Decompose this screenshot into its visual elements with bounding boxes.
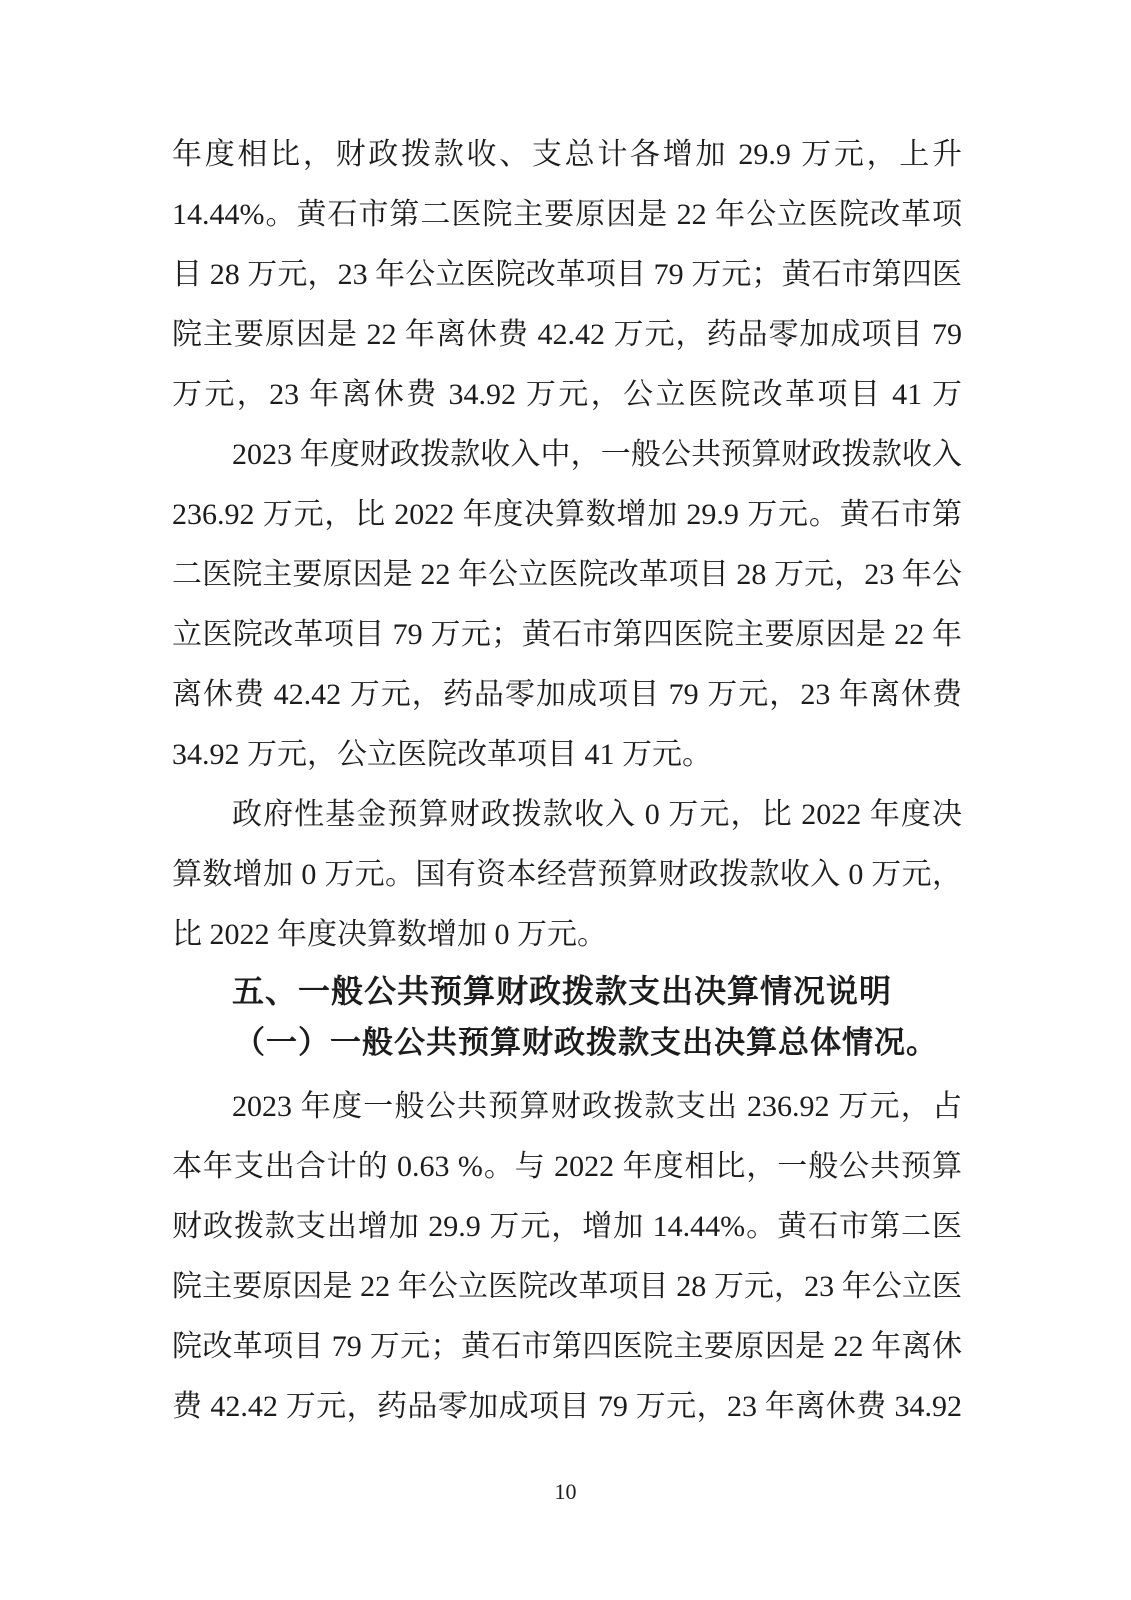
subsection-heading: （一）一般公共预算财政拨款支出决算总体情况。: [172, 1017, 962, 1069]
text-line: 院主要原因是 22 年离休费 42.42 万元，药品零加成项目 79: [172, 305, 962, 365]
text-line: 2023 年度财政拨款收入中，一般公共预算财政拨款收入: [172, 425, 962, 485]
text-line: 政府性基金预算财政拨款收入 0 万元，比 2022 年度决: [172, 785, 962, 845]
text-line: 费 42.42 万元，药品零加成项目 79 万元，23 年离休费 34.92: [172, 1377, 962, 1437]
document-page: 年度相比，财政拨款收、支总计各增加 29.9 万元，上升 14.44%。黄石市第…: [0, 0, 1131, 1600]
paragraph-public-budget-expenditure: 2023 年度一般公共预算财政拨款支出 236.92 万元，占 本年支出合计的 …: [172, 1077, 962, 1437]
text-line: 2023 年度一般公共预算财政拨款支出 236.92 万元，占: [172, 1077, 962, 1137]
paragraph-fiscal-appropriation-summary: 年度相比，财政拨款收、支总计各增加 29.9 万元，上升 14.44%。黄石市第…: [172, 125, 962, 425]
text-line: 立医院改革项目 79 万元；黄石市第四医院主要原因是 22 年: [172, 605, 962, 665]
document-body: 年度相比，财政拨款收、支总计各增加 29.9 万元，上升 14.44%。黄石市第…: [172, 125, 962, 1437]
text-line: 236.92 万元，比 2022 年度决算数增加 29.9 万元。黄石市第: [172, 485, 962, 545]
paragraph-fiscal-income-2023: 2023 年度财政拨款收入中，一般公共预算财政拨款收入 236.92 万元，比 …: [172, 425, 962, 785]
text-line: 离休费 42.42 万元，药品零加成项目 79 万元，23 年离休费: [172, 665, 962, 725]
paragraph-government-fund-budget: 政府性基金预算财政拨款收入 0 万元，比 2022 年度决 算数增加 0 万元。…: [172, 785, 962, 965]
section-heading: 五、一般公共预算财政拨款支出决算情况说明: [172, 965, 962, 1017]
text-line: 34.92 万元，公立医院改革项目 41 万元。: [172, 725, 962, 785]
text-line: 院主要原因是 22 年公立医院改革项目 28 万元，23 年公立医: [172, 1257, 962, 1317]
text-line: 14.44%。黄石市第二医院主要原因是 22 年公立医院改革项: [172, 185, 962, 245]
text-line: 院改革项目 79 万元；黄石市第四医院主要原因是 22 年离休: [172, 1317, 962, 1377]
text-line: 目 28 万元，23 年公立医院改革项目 79 万元；黄石市第四医: [172, 245, 962, 305]
text-line: 年度相比，财政拨款收、支总计各增加 29.9 万元，上升: [172, 125, 962, 185]
text-line: 算数增加 0 万元。国有资本经营预算财政拨款收入 0 万元，: [172, 845, 962, 905]
text-line: 比 2022 年度决算数增加 0 万元。: [172, 905, 962, 965]
text-line: 本年支出合计的 0.63 %。与 2022 年度相比，一般公共预算: [172, 1137, 962, 1197]
text-line: 万元，23 年离休费 34.92 万元，公立医院改革项目 41 万元。: [172, 365, 962, 425]
page-number: 10: [0, 1472, 1131, 1512]
text-line: 财政拨款支出增加 29.9 万元，增加 14.44%。黄石市第二医: [172, 1197, 962, 1257]
text-line: 二医院主要原因是 22 年公立医院改革项目 28 万元，23 年公: [172, 545, 962, 605]
